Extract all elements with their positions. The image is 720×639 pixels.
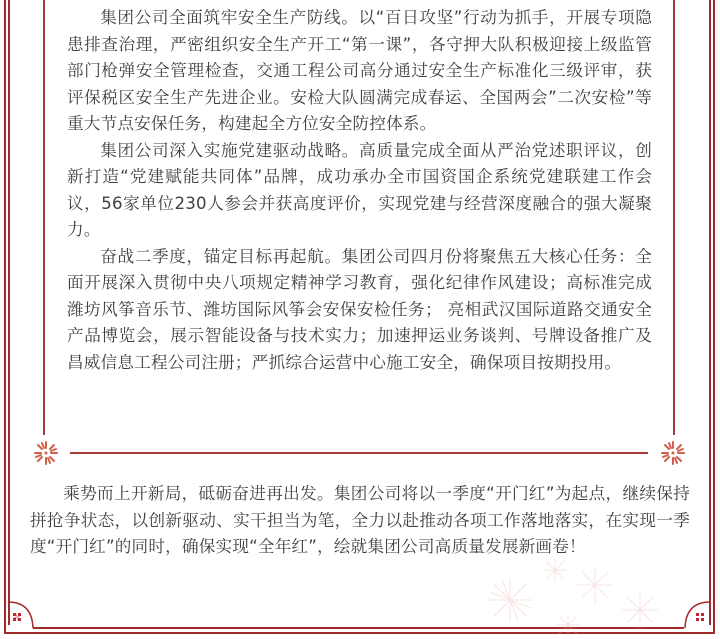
paragraph-closing: 乘势而上开新局，砥砺奋进再出发。集团公司将以一季度“开门红”为起点，继续保持拼抢… (30, 481, 690, 561)
inner-frame-bottom (70, 452, 648, 454)
outer-frame-left-outer (4, 0, 6, 634)
framed-article-body: 集团公司全面筑牢安全生产防线。以“百日攻坚”行动为抓手，开展专项隐患排查治理，严… (67, 5, 652, 376)
paragraph-safety: 集团公司全面筑牢安全生产防线。以“百日攻坚”行动为抓手，开展专项隐患排查治理，严… (67, 5, 652, 138)
sparkle-ornament-icon (660, 440, 686, 466)
outer-frame-right-inner (709, 0, 711, 625)
corner-flower-icon (8, 600, 36, 630)
closing-article-body: 乘势而上开新局，砥砺奋进再出发。集团公司将以一季度“开门红”为起点，继续保持拼抢… (30, 481, 690, 561)
sparkle-ornament-icon (33, 440, 59, 466)
outer-frame-right-outer (713, 0, 715, 634)
corner-flower-icon (684, 600, 710, 630)
fireworks-icon (480, 555, 680, 639)
inner-frame-right (673, 0, 675, 435)
inner-frame-left (43, 0, 45, 435)
outer-frame-left-inner (8, 0, 10, 625)
paragraph-party-building: 集团公司深入实施党建驱动战略。高质量完成全面从严治党述职评议，创新打造“党建赋能… (67, 138, 652, 244)
paragraph-q2-tasks: 奋战二季度，锚定目标再起航。集团公司四月份将聚焦五大核心任务：全面开展深入贯彻中… (67, 244, 652, 377)
